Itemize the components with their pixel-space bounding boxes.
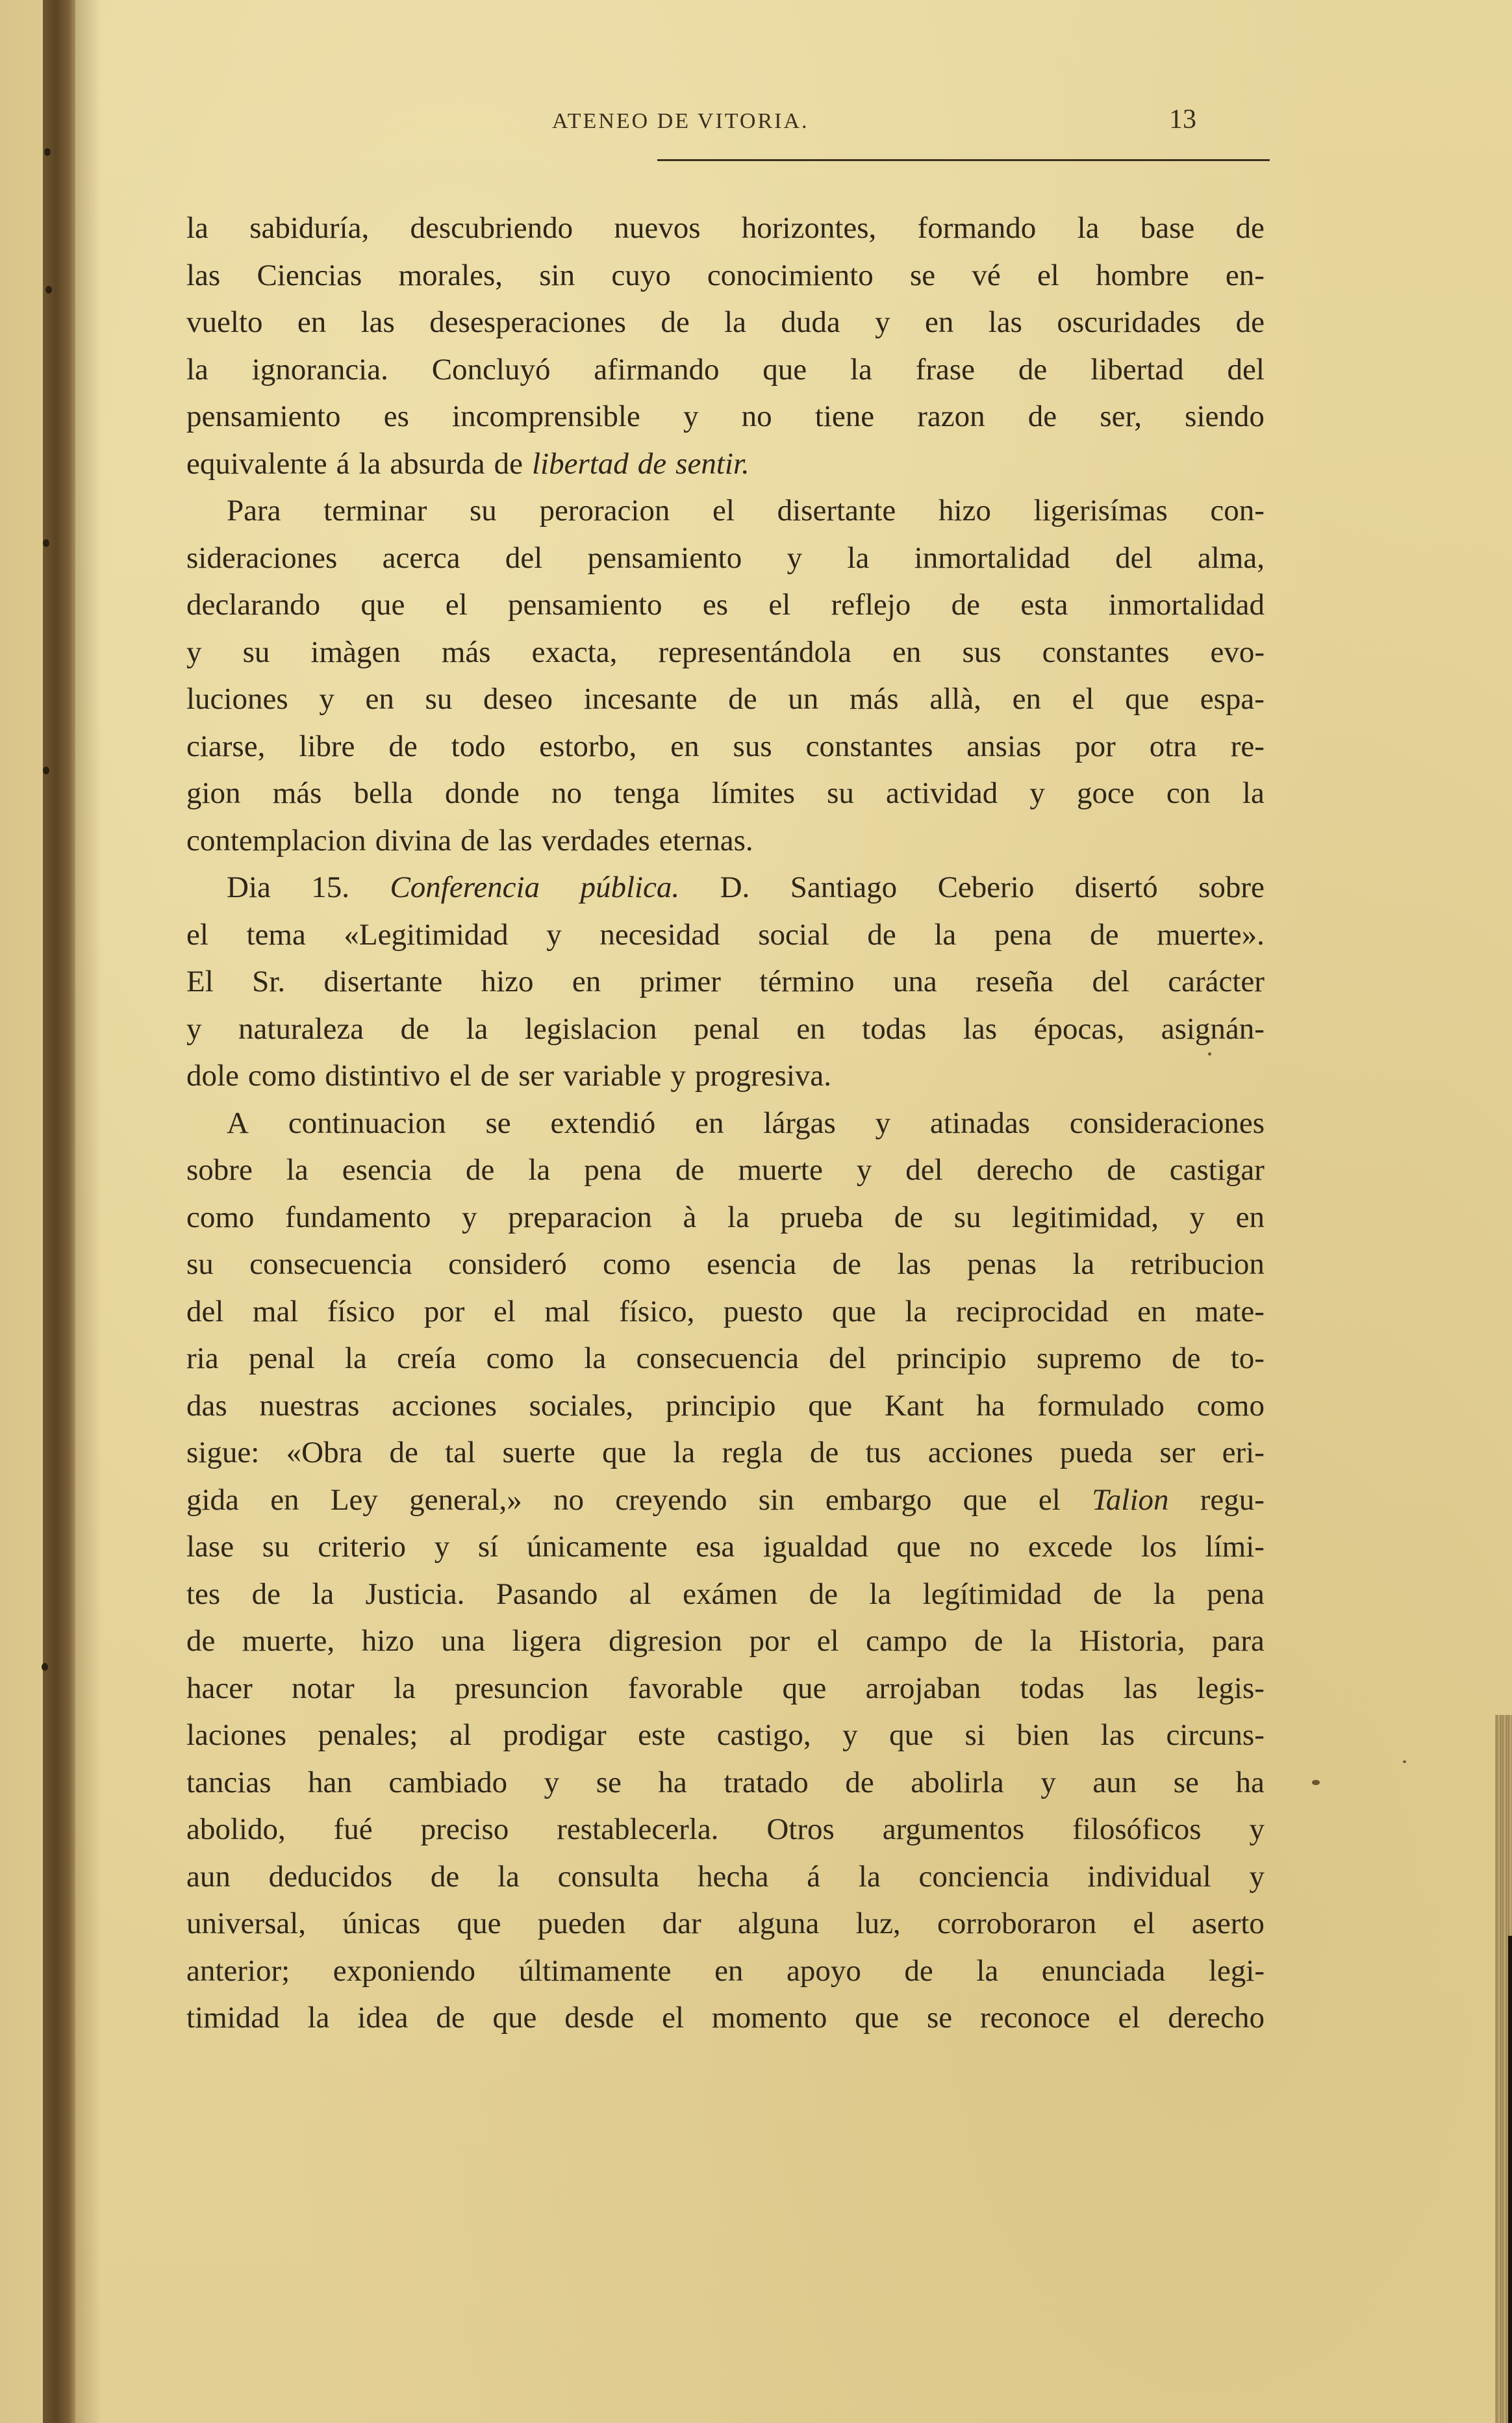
italic-word: Conferencia xyxy=(390,864,540,911)
word: igualdad xyxy=(763,1523,868,1571)
word: cuyo xyxy=(611,252,670,299)
word: una xyxy=(441,1617,485,1665)
word: de xyxy=(810,1429,838,1477)
word: primer xyxy=(640,958,721,1006)
text-line: riapenallacreíacomolaconsecuenciadelprin… xyxy=(186,1335,1265,1382)
word: la xyxy=(1077,205,1100,252)
word: retribucion xyxy=(1131,1241,1265,1288)
word: el xyxy=(1133,1900,1155,1947)
word: distintivo xyxy=(325,1052,440,1100)
word: Historia, xyxy=(1079,1617,1185,1665)
word: progresiva. xyxy=(695,1052,831,1100)
word: más xyxy=(273,770,322,817)
word: extendió xyxy=(550,1100,655,1147)
word: supremo xyxy=(1037,1335,1142,1382)
word: el xyxy=(449,1052,472,1100)
word: «Legitimidad xyxy=(344,911,508,959)
word: ha xyxy=(1235,1759,1264,1807)
text-line: demuerte,hizounaligeradigresionporelcamp… xyxy=(186,1617,1265,1665)
word: nuestras xyxy=(259,1382,359,1430)
word: disertante xyxy=(323,958,442,1006)
word: el xyxy=(768,581,790,629)
word: siendo xyxy=(1185,393,1265,440)
word: las xyxy=(1101,1712,1135,1759)
word: las xyxy=(963,1006,997,1053)
word: esencia xyxy=(342,1147,432,1194)
word: físico xyxy=(327,1288,395,1336)
word: presuncion xyxy=(455,1665,588,1712)
word: de xyxy=(833,1241,861,1288)
word: aun xyxy=(186,1853,231,1901)
header-rule xyxy=(657,159,1270,161)
text-line: timidadlaideadequedesdeelmomentoqueserec… xyxy=(186,1994,1265,2042)
word: y xyxy=(1040,1759,1056,1807)
word: momento xyxy=(712,1994,827,2042)
word: muerte xyxy=(738,1147,823,1194)
text-line: tanciashancambiadoysehatratadodeabolirla… xyxy=(186,1759,1265,1807)
word: la xyxy=(186,205,208,252)
word: y xyxy=(546,911,562,959)
word: general,» xyxy=(409,1477,522,1524)
word: como xyxy=(186,1194,254,1241)
word: Ceberio xyxy=(938,864,1035,911)
word: más xyxy=(850,676,899,723)
word: reciprocidad xyxy=(956,1288,1109,1336)
word: la xyxy=(584,1335,606,1382)
word: penas xyxy=(967,1241,1037,1288)
word: término xyxy=(759,958,854,1006)
word: consideró xyxy=(448,1241,567,1288)
word: sabiduría, xyxy=(249,205,369,252)
word: pena xyxy=(584,1147,642,1194)
word: sí xyxy=(478,1523,498,1571)
word: tancias xyxy=(186,1759,271,1807)
word: tes xyxy=(186,1571,220,1618)
word: acciones xyxy=(928,1429,1033,1477)
word: reflejo xyxy=(831,581,911,629)
word: del xyxy=(1115,535,1152,582)
word: de xyxy=(661,299,689,346)
word: para xyxy=(1212,1617,1265,1665)
word: de xyxy=(1236,299,1265,346)
word: de xyxy=(1018,346,1047,394)
word: asignán- xyxy=(1161,1006,1265,1053)
word: y xyxy=(1249,1853,1265,1901)
word: en- xyxy=(1226,252,1265,299)
word: de xyxy=(1090,911,1118,959)
word: 15. xyxy=(311,864,349,911)
text-line: dolecomodistintivoeldeservariableyprogre… xyxy=(186,1052,1265,1100)
binding-left-edge xyxy=(0,0,43,2423)
word: la xyxy=(934,911,956,959)
word: favorable xyxy=(628,1665,743,1712)
text-line: aundeducidosdelaconsultahechaálaconcienc… xyxy=(186,1853,1265,1901)
word: prodigar xyxy=(503,1712,606,1759)
word: del xyxy=(505,535,542,582)
word: con- xyxy=(1210,487,1265,535)
word: Dia xyxy=(227,864,271,911)
text-line: gidaenLeygeneral,»nocreyendosinembargoqu… xyxy=(186,1477,1265,1524)
word: no xyxy=(742,393,772,440)
word: esta xyxy=(1020,581,1068,629)
word: el xyxy=(1072,676,1094,723)
word: y xyxy=(1249,1806,1265,1853)
word: la xyxy=(498,1853,520,1901)
word: consecuencia xyxy=(249,1241,412,1288)
word: aun xyxy=(1092,1759,1137,1807)
word: se xyxy=(596,1759,622,1807)
word: la xyxy=(186,346,208,394)
word: timidad xyxy=(186,1994,280,2042)
text-line: lucionesyensudeseoincesantedeunmásallà,e… xyxy=(186,676,1265,723)
word: principio xyxy=(896,1335,1007,1382)
word: en xyxy=(270,1477,299,1524)
word: no xyxy=(553,1477,584,1524)
word: allà, xyxy=(929,676,981,723)
word: hombre xyxy=(1096,252,1189,299)
word: en xyxy=(670,723,699,770)
word: ligera xyxy=(512,1617,582,1665)
word: la xyxy=(847,535,869,582)
word: digresion xyxy=(609,1617,722,1665)
word: fué xyxy=(334,1806,373,1853)
word: hizo xyxy=(481,958,534,1006)
gutter-mark xyxy=(44,148,51,156)
word: gion xyxy=(186,770,241,817)
word: pena xyxy=(1207,1571,1265,1618)
word: derecho xyxy=(977,1147,1074,1194)
word: pensamiento xyxy=(508,581,662,629)
running-head: Ateneo de Vitoria. xyxy=(552,109,809,134)
word: corroboraron xyxy=(937,1900,1096,1947)
word: en xyxy=(1137,1288,1166,1336)
word: como xyxy=(603,1241,670,1288)
word: hizo xyxy=(939,487,991,535)
word: horizontes, xyxy=(742,205,877,252)
paper-speck xyxy=(1403,1760,1406,1763)
text-line: tesdelaJusticia.Pasandoalexámendelalegít… xyxy=(186,1571,1265,1618)
word: constantes xyxy=(806,723,933,770)
word: como xyxy=(248,1052,316,1100)
word: ciarse, xyxy=(186,723,265,770)
italic-word: de xyxy=(638,440,666,488)
word: sus xyxy=(733,723,772,770)
word: es xyxy=(384,393,409,440)
word: tenga xyxy=(614,770,680,817)
word: que xyxy=(1125,676,1169,723)
word: evo- xyxy=(1210,629,1265,676)
word: sigue: xyxy=(186,1429,259,1477)
text-line: Acontinuacionseextendióenlárgasyatinadas… xyxy=(186,1100,1265,1147)
italic-word: libertad xyxy=(532,440,629,488)
word: una xyxy=(893,958,937,1006)
word: límites xyxy=(712,770,795,817)
word: que xyxy=(361,581,405,629)
word: su xyxy=(243,629,270,676)
word: la xyxy=(1242,770,1265,817)
word: social xyxy=(758,911,829,959)
word: sin xyxy=(759,1477,794,1524)
word: que xyxy=(897,1523,941,1571)
word: preparacion xyxy=(508,1194,652,1241)
word: lase xyxy=(186,1523,234,1571)
word: de xyxy=(460,817,489,865)
word: acciones xyxy=(392,1382,497,1430)
text-line: delmalfísicoporelmalfísico,puestoquelare… xyxy=(186,1288,1265,1336)
word: últimamente xyxy=(519,1947,672,1995)
word: de xyxy=(1028,393,1057,440)
word: el xyxy=(446,581,468,629)
word: el xyxy=(1037,252,1059,299)
word: su xyxy=(954,1194,981,1241)
word: aserto xyxy=(1192,1900,1265,1947)
word: castigar xyxy=(1170,1147,1265,1194)
word: ignorancia. xyxy=(252,346,388,394)
word: otra xyxy=(1150,723,1197,770)
word: divina xyxy=(375,817,451,865)
word: muerte, xyxy=(242,1617,334,1665)
word: hecha xyxy=(698,1853,769,1901)
word: mal xyxy=(544,1288,590,1336)
word: de xyxy=(1107,1147,1135,1194)
word: D. xyxy=(720,864,750,911)
word: por xyxy=(424,1288,465,1336)
word: es xyxy=(703,581,728,629)
word: atinadas xyxy=(930,1100,1030,1147)
word: incesante xyxy=(584,676,698,723)
word: castigo, xyxy=(717,1712,811,1759)
word: la xyxy=(394,1665,416,1712)
word: de xyxy=(401,1006,429,1053)
word: de xyxy=(252,1571,281,1618)
word: consecuencia xyxy=(636,1335,800,1382)
word: por xyxy=(750,1617,790,1665)
word: enunciada xyxy=(1042,1947,1166,1995)
text-line: ciarse,libredetodoestorbo,ensusconstante… xyxy=(186,723,1265,770)
word: Santiago xyxy=(790,864,897,911)
word: argumentos xyxy=(883,1806,1024,1853)
word: lárgas xyxy=(763,1100,835,1147)
word: las xyxy=(1124,1665,1157,1712)
word: que xyxy=(493,1994,537,2042)
word: vuelto xyxy=(186,299,262,346)
word: oscuridades xyxy=(1057,299,1201,346)
word: El xyxy=(186,958,214,1006)
word: del xyxy=(186,1288,223,1336)
word: el xyxy=(186,911,208,959)
word: idea xyxy=(357,1994,408,2042)
word: en xyxy=(796,1006,825,1053)
word: la xyxy=(528,1147,550,1194)
word: Ciencias xyxy=(257,252,362,299)
word: exacta, xyxy=(532,629,618,676)
gutter-mark xyxy=(42,1663,48,1671)
word: excede xyxy=(1028,1523,1113,1571)
gutter-mark xyxy=(43,539,49,547)
word: y xyxy=(462,1194,477,1241)
page-number: 13 xyxy=(1169,104,1196,135)
word: criterio xyxy=(318,1523,406,1571)
word: «Obra xyxy=(286,1429,362,1477)
word: lími- xyxy=(1205,1523,1265,1571)
word: la xyxy=(1030,1617,1052,1665)
text-line: ynaturalezadelalegislacionpenalentodasla… xyxy=(186,1006,1265,1053)
word: creía xyxy=(397,1335,456,1382)
text-line: lasCienciasmorales,sincuyoconocimientose… xyxy=(186,252,1265,299)
word: creyendo xyxy=(615,1477,727,1524)
word: en xyxy=(892,629,921,676)
word: variable xyxy=(563,1052,661,1100)
word: los xyxy=(1141,1523,1177,1571)
word: razon xyxy=(917,393,985,440)
word: todas xyxy=(1020,1665,1084,1712)
word: todo xyxy=(451,723,506,770)
word: preciso xyxy=(421,1806,509,1853)
word: duda xyxy=(781,299,840,346)
word: equivalente xyxy=(186,440,327,488)
word: la xyxy=(976,1947,998,1995)
word: inmortalidad xyxy=(1109,581,1265,629)
binding-shadow xyxy=(75,0,101,2423)
word: ansias xyxy=(966,723,1041,770)
word: suerte xyxy=(502,1429,575,1477)
text-line: Dia15.Conferenciapública.D.SantiagoCeber… xyxy=(186,864,1265,911)
word: legis- xyxy=(1197,1665,1265,1712)
word: pueda xyxy=(1060,1429,1133,1477)
word: reconoce xyxy=(980,1994,1090,2042)
word: fundamento xyxy=(285,1194,431,1241)
word: ser xyxy=(1159,1429,1195,1477)
word: laciones xyxy=(186,1712,286,1759)
word: hizo xyxy=(362,1617,414,1665)
word: naturaleza xyxy=(238,1006,364,1053)
body-text: lasabiduría,descubriendonuevoshorizontes… xyxy=(186,205,1265,2042)
word: este xyxy=(638,1712,685,1759)
word: abolido, xyxy=(186,1806,286,1853)
word: y xyxy=(544,1759,560,1807)
word: pena xyxy=(994,911,1052,959)
word: dole xyxy=(186,1052,239,1100)
italic-word: Talion xyxy=(1092,1477,1168,1524)
word: disertante xyxy=(777,487,896,535)
word: Otros xyxy=(766,1806,834,1853)
word: ha xyxy=(976,1382,1005,1430)
text-line: Paraterminarsuperoracioneldisertantehizo… xyxy=(186,487,1265,535)
word: la xyxy=(859,1853,881,1901)
word: gida xyxy=(186,1477,239,1524)
word: Para xyxy=(227,487,281,535)
word: desesperaciones xyxy=(429,299,626,346)
word: incomprensible xyxy=(452,393,640,440)
word: en xyxy=(572,958,601,1006)
word: de xyxy=(481,1052,509,1100)
word: declarando xyxy=(186,581,320,629)
word: de xyxy=(867,911,896,959)
word: su xyxy=(425,676,453,723)
word: de xyxy=(389,1429,418,1477)
word: Concluyó xyxy=(432,346,551,394)
word: imàgen xyxy=(310,629,400,676)
word: ser xyxy=(518,1052,554,1100)
word: su xyxy=(827,770,854,817)
word: con xyxy=(1166,770,1211,817)
word: á xyxy=(807,1853,820,1901)
word: frase xyxy=(916,346,975,394)
word: el xyxy=(817,1617,839,1665)
word: tus xyxy=(866,1429,901,1477)
word: hacer xyxy=(186,1665,253,1712)
word: terminar xyxy=(323,487,427,535)
word: de xyxy=(675,1147,704,1194)
text-line: lasesucriterioysíúnicamenteesaigualdadqu… xyxy=(186,1523,1265,1571)
word: todas xyxy=(862,1006,926,1053)
word: únicas xyxy=(342,1900,420,1947)
word: y xyxy=(683,393,699,440)
word: al xyxy=(449,1712,472,1759)
word: Ley xyxy=(331,1477,378,1524)
word: la xyxy=(869,1571,891,1618)
word: esencia xyxy=(707,1241,796,1288)
word: à xyxy=(683,1194,696,1241)
word: libre xyxy=(299,723,355,770)
word: consideraciones xyxy=(1070,1100,1265,1147)
word: consulta xyxy=(558,1853,660,1901)
word: las xyxy=(186,252,220,299)
word: y xyxy=(875,299,890,346)
word: las xyxy=(897,1241,931,1288)
word: regla xyxy=(722,1429,783,1477)
word: anterior; xyxy=(186,1947,290,1995)
word: el xyxy=(494,1288,516,1336)
word: y xyxy=(842,1712,858,1759)
word: sideraciones xyxy=(186,535,337,582)
text-line: lasabiduría,descubriendonuevoshorizontes… xyxy=(186,205,1265,252)
word: cambiado xyxy=(388,1759,507,1807)
word: sobre xyxy=(186,1147,253,1194)
word: luz, xyxy=(856,1900,901,1947)
text-line: universal,únicasquepuedendaralgunaluz,co… xyxy=(186,1900,1265,1947)
word: en xyxy=(297,299,326,346)
word: penal xyxy=(249,1335,315,1382)
word: el xyxy=(1118,1994,1140,2042)
word: y xyxy=(186,629,202,676)
word: de xyxy=(1172,1335,1200,1382)
word: conciencia xyxy=(919,1853,1050,1901)
word: regu- xyxy=(1200,1477,1265,1524)
word: han xyxy=(308,1759,352,1807)
word: libertad xyxy=(1090,346,1184,394)
word: exponiendo xyxy=(333,1947,475,1995)
word: que xyxy=(602,1429,646,1477)
word: pensamiento xyxy=(588,535,742,582)
word: legítimidad xyxy=(923,1571,1062,1618)
word: tal xyxy=(445,1429,475,1477)
word: prueba xyxy=(780,1194,863,1241)
text-line: gionmásbelladondenotengalímitessuactivid… xyxy=(186,770,1265,817)
word: y xyxy=(435,1523,450,1571)
word: verdades xyxy=(542,817,650,865)
word: morales, xyxy=(399,252,503,299)
word: que xyxy=(808,1382,852,1430)
text-line: lacionespenales;alprodigarestecastigo,yq… xyxy=(186,1712,1265,1759)
page-stack-shadow xyxy=(1508,1936,1512,2423)
word: inmortalidad xyxy=(914,535,1070,582)
word: y xyxy=(787,535,803,582)
word: contemplacion xyxy=(186,817,366,865)
word: legitimidad, xyxy=(1012,1194,1159,1241)
word: individual xyxy=(1087,1853,1211,1901)
word: del xyxy=(905,1147,942,1194)
